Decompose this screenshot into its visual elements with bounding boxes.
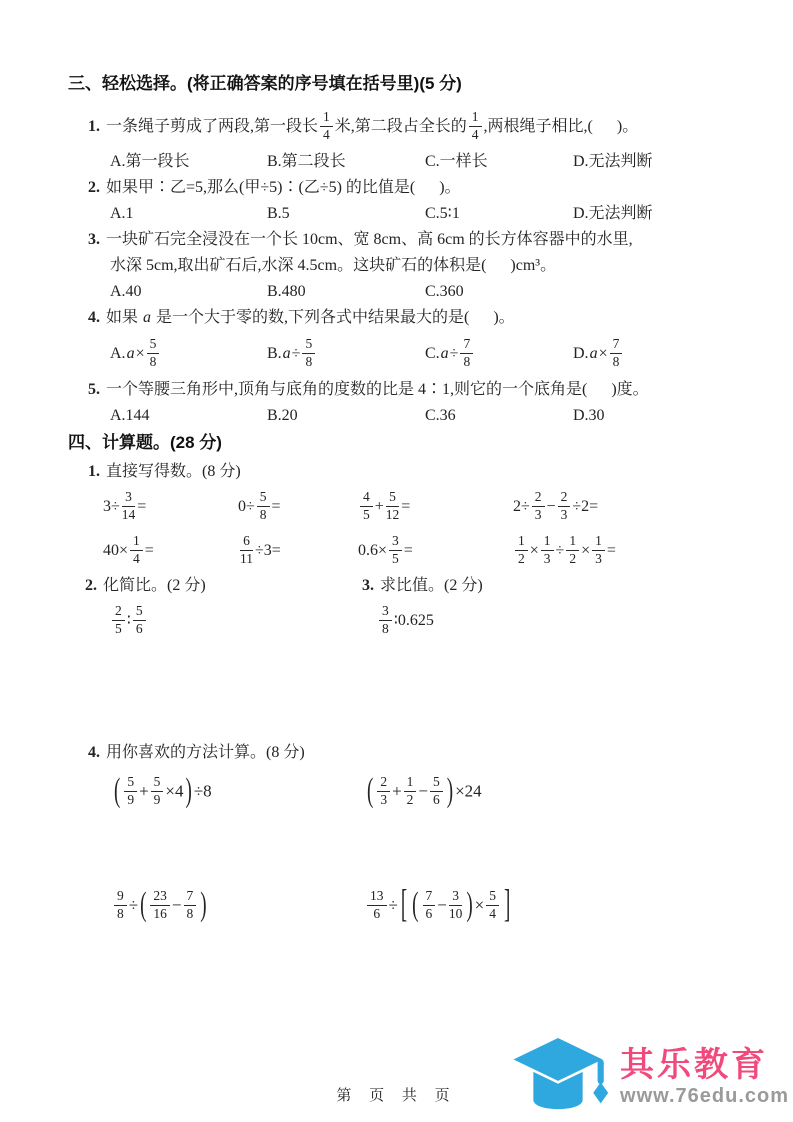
publisher-logo: 其乐教育 www.76edu.com — [502, 1032, 789, 1122]
sub4-text: 用你喜欢的方法计算。(8 分) — [106, 744, 305, 761]
ratio-expressions-row: 25∶56 38∶0.625 — [85, 599, 736, 643]
option-a: A.a×58 — [110, 338, 267, 371]
method-expression: (59+59×4)÷8 — [112, 776, 365, 809]
question-2: 2.如果甲∶乙=5,那么(甲÷5)∶(乙÷5) 的比值是( )。 — [88, 175, 736, 201]
method-expression: 136÷[(76−310)×54] — [365, 890, 513, 923]
section4-heading: 四、计算题。(28 分) — [68, 431, 736, 455]
question-3-number: 3. — [88, 231, 100, 248]
option-d: D.无法判断 — [573, 149, 653, 175]
method-row-2: 98÷(2316−78) 136÷[(76−310)×54] — [112, 880, 736, 932]
worksheet-content: 三、轻松选择。(将正确答案的序号填在括号里)(5 分) 1.一条绳子剪成了两段,… — [68, 72, 736, 932]
question-4-options: A.a×58 B.a÷58 C.a÷78 D.a×78 — [110, 331, 736, 377]
ratio-value-expression: 38∶0.625 — [362, 605, 434, 638]
option-c: C.36 — [425, 403, 573, 429]
question-2-text: 如果甲∶乙=5,那么(甲÷5)∶(乙÷5) 的比值是( )。 — [106, 179, 461, 196]
question-4: 4.如果 a 是一个大于零的数,下列各式中结果最大的是( )。 — [88, 305, 736, 331]
method-row-1: (59+59×4)÷8 (23+12−56)×24 — [112, 766, 736, 818]
calc-row-2: 40×14= 611÷3= 0.6×35= 12×13÷12×13= — [103, 529, 736, 573]
option-a: A.1 — [110, 201, 267, 227]
question-1: 1.一条绳子剪成了两段,第一段长14米,第二段占全长的14,两根绳子相比,( )… — [88, 105, 736, 149]
option-c: C.360 — [425, 279, 573, 305]
section3-heading: 三、轻松选择。(将正确答案的序号填在括号里)(5 分) — [68, 72, 736, 96]
option-b: B.第二段长 — [267, 149, 425, 175]
graduation-cap-icon — [502, 1033, 614, 1121]
option-d: D.a×78 — [573, 338, 624, 371]
calc-expression: 3÷314= — [103, 491, 238, 524]
logo-brand-name: 其乐教育 — [620, 1046, 789, 1084]
method-expression: (23+12−56)×24 — [365, 776, 482, 809]
option-a: A.第一段长 — [110, 149, 267, 175]
sub1-number: 1. — [88, 463, 100, 480]
question-3-text-line1: 一块矿石完全浸没在一个长 10cm、宽 8cm、高 6cm 的长方体容器中的水里… — [106, 231, 633, 248]
question-2-number: 2. — [88, 179, 100, 196]
question-4-number: 4. — [88, 309, 100, 326]
question-3: 3.一块矿石完全浸没在一个长 10cm、宽 8cm、高 6cm 的长方体容器中的… — [88, 227, 736, 253]
question-4-text: 如果 a 是一个大于零的数,下列各式中结果最大的是( )。 — [106, 309, 515, 326]
sub2-number: 2. — [85, 577, 97, 594]
sub3-text: 求比值。(2 分) — [380, 577, 483, 594]
logo-website-url: www.76edu.com — [620, 1084, 789, 1108]
calc-expression: 12×13÷12×13= — [513, 535, 616, 568]
option-b: B.5 — [267, 201, 425, 227]
ratio-labels-row: 2.化简比。(2 分) 3.求比值。(2 分) — [85, 573, 736, 599]
sub4-number: 4. — [88, 744, 100, 761]
option-c: C.a÷78 — [425, 338, 573, 371]
calc-expression: 40×14= — [103, 535, 238, 568]
calc-row-1: 3÷314= 0÷58= 45+512= 2÷23−23÷2= — [103, 485, 736, 529]
question-1-number: 1. — [88, 118, 100, 135]
question-5-text: 一个等腰三角形中,顶角与底角的度数的比是 4∶1,则它的一个底角是( )度。 — [106, 381, 649, 398]
question-3-options: A.40 B.480 C.360 — [110, 279, 736, 305]
question-5-options: A.144 B.20 C.36 D.30 — [110, 403, 736, 429]
option-a: A.40 — [110, 279, 267, 305]
calc-expression: 0.6×35= — [358, 535, 513, 568]
option-c: C.一样长 — [425, 149, 573, 175]
calc-expression: 2÷23−23÷2= — [513, 491, 598, 524]
option-b: B.20 — [267, 403, 425, 429]
calc-expression: 0÷58= — [238, 491, 358, 524]
simplify-ratio-expression: 25∶56 — [85, 605, 362, 638]
option-b: B.480 — [267, 279, 425, 305]
question-5: 5.一个等腰三角形中,顶角与底角的度数的比是 4∶1,则它的一个底角是( )度。 — [88, 377, 736, 403]
section4-sub4-label: 4.用你喜欢的方法计算。(8 分) — [88, 740, 736, 766]
section4-sub2-label: 2.化简比。(2 分) — [85, 573, 362, 599]
question-5-number: 5. — [88, 381, 100, 398]
option-d: D.无法判断 — [573, 201, 653, 227]
option-d: D.30 — [573, 403, 605, 429]
option-c: C.5∶1 — [425, 201, 573, 227]
worksheet-page: 三、轻松选择。(将正确答案的序号填在括号里)(5 分) 1.一条绳子剪成了两段,… — [0, 0, 793, 1122]
question-2-options: A.1 B.5 C.5∶1 D.无法判断 — [110, 201, 736, 227]
section4-sub1-label: 1.直接写得数。(8 分) — [88, 459, 736, 485]
question-1-text: 一条绳子剪成了两段,第一段长14米,第二段占全长的14,两根绳子相比,( )。 — [106, 118, 638, 135]
method-expression: 98÷(2316−78) — [112, 890, 365, 923]
sub2-text: 化简比。(2 分) — [103, 577, 206, 594]
option-a: A.144 — [110, 403, 267, 429]
logo-text-block: 其乐教育 www.76edu.com — [620, 1046, 789, 1108]
sub1-text: 直接写得数。(8 分) — [106, 463, 241, 480]
sub3-number: 3. — [362, 577, 374, 594]
question-3-text-line2: 水深 5cm,取出矿石后,水深 4.5cm。这块矿石的体积是( )cm³。 — [110, 253, 736, 279]
section4-sub3-label: 3.求比值。(2 分) — [362, 573, 483, 599]
option-b: B.a÷58 — [267, 338, 425, 371]
calc-expression: 611÷3= — [238, 535, 358, 568]
calc-expression: 45+512= — [358, 491, 513, 524]
question-1-options: A.第一段长 B.第二段长 C.一样长 D.无法判断 — [110, 149, 736, 175]
